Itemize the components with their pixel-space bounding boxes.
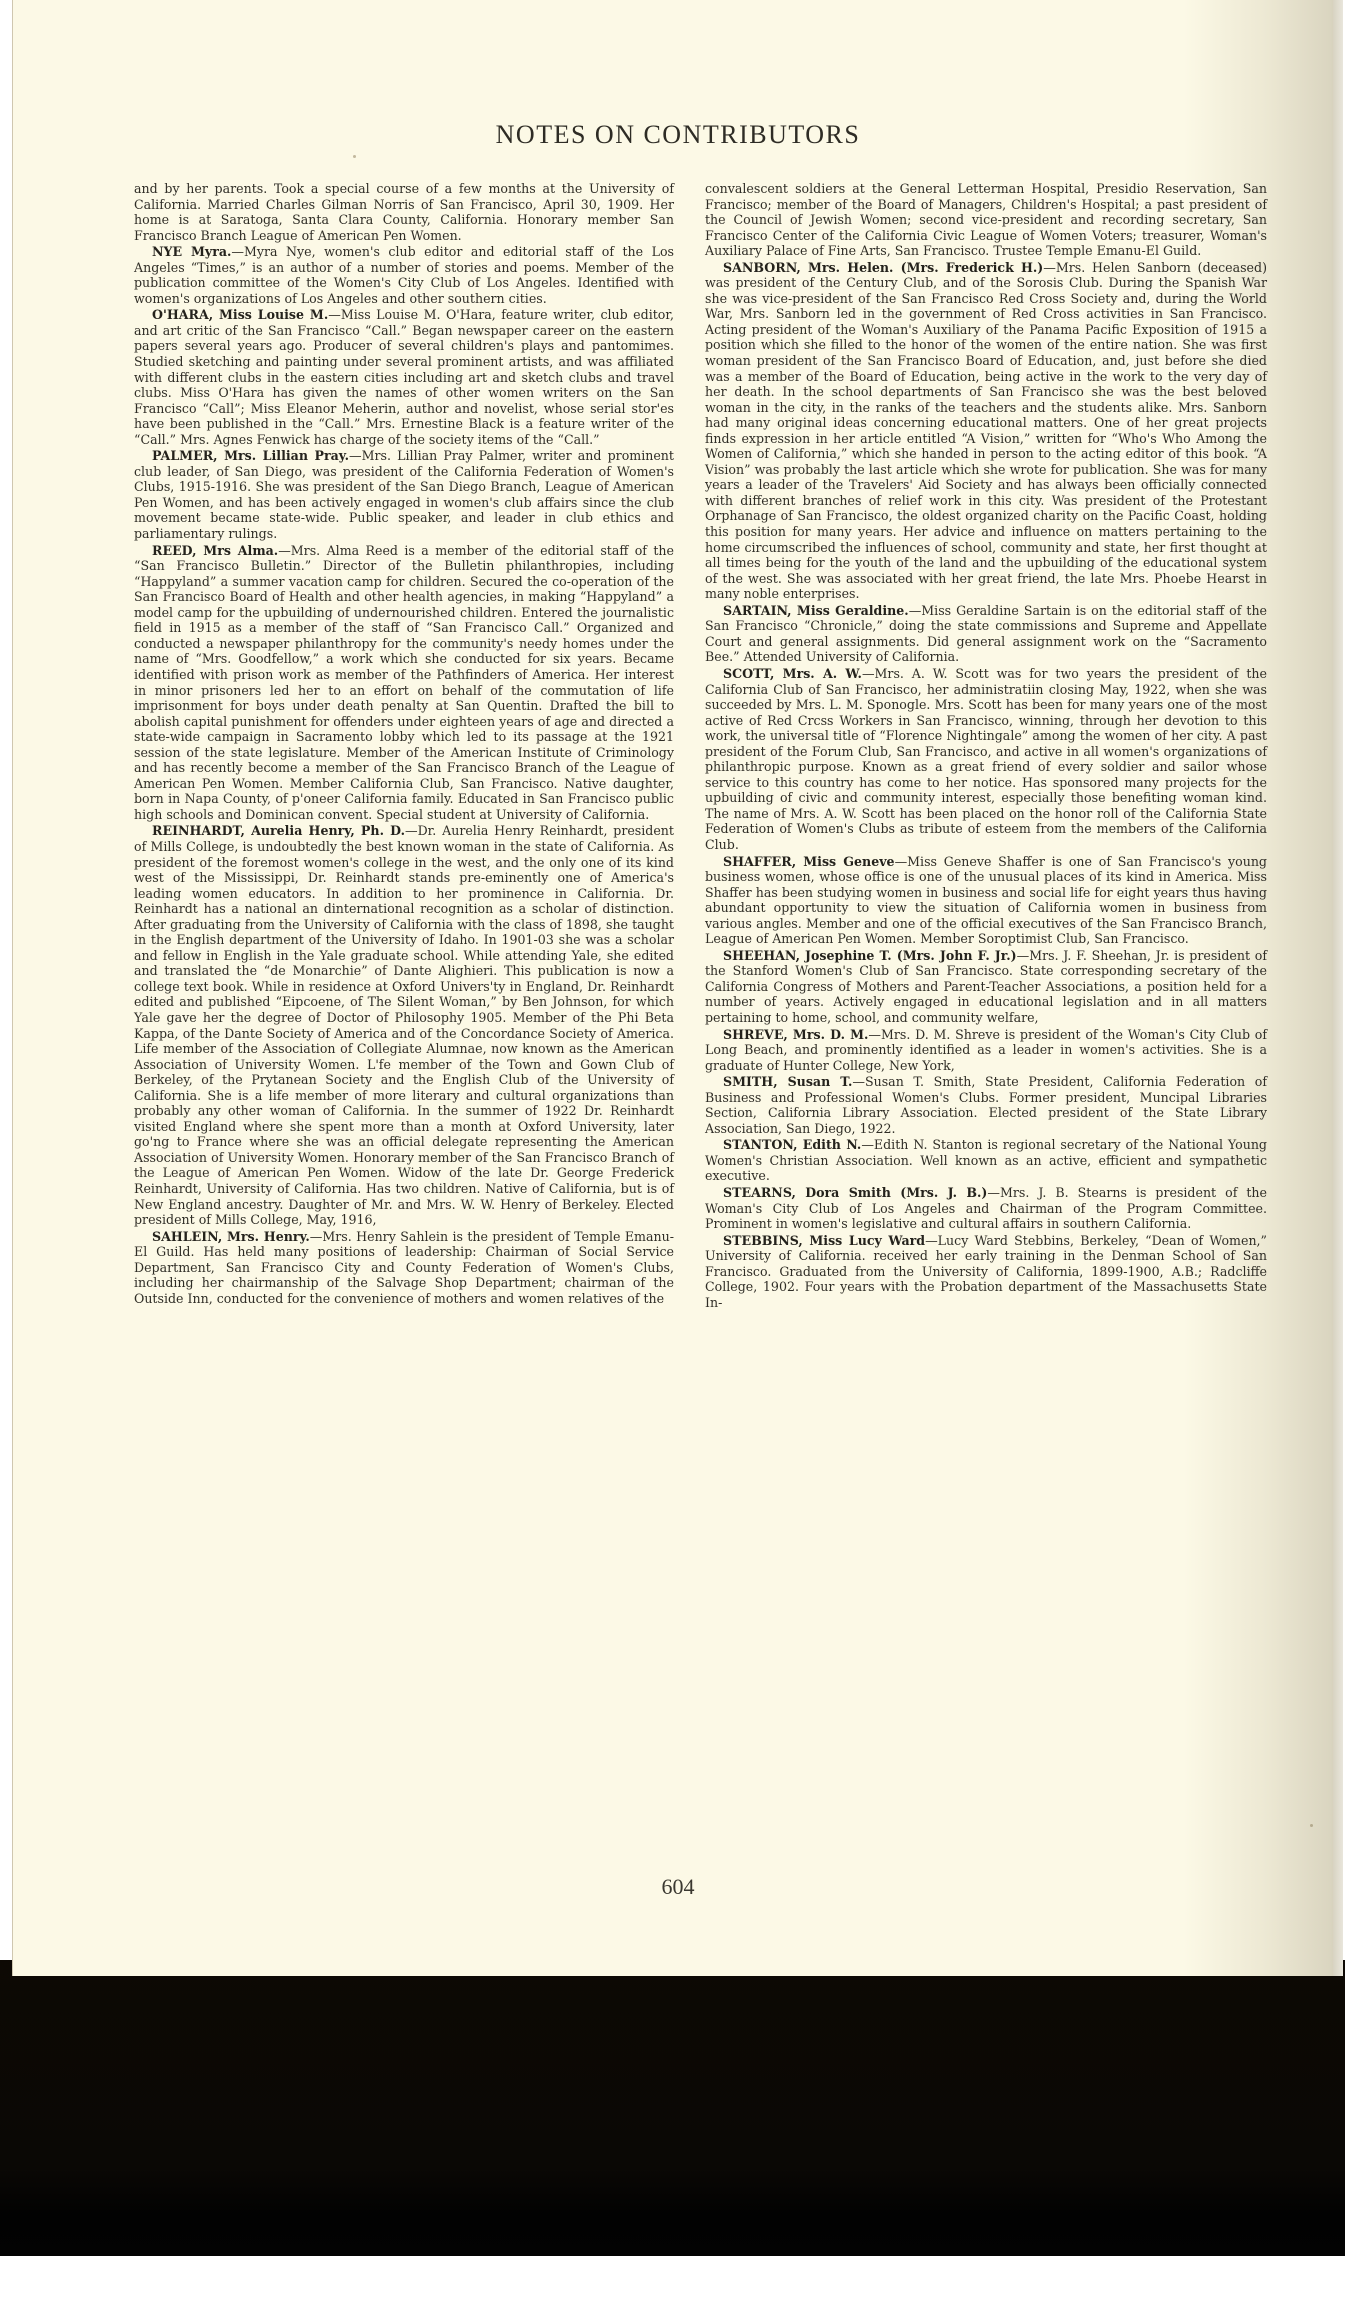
contributor-name: STANTON, Edith N.	[723, 1137, 861, 1152]
contributor-entry: SHREVE, Mrs. D. M.—Mrs. D. M. Shreve is …	[705, 1027, 1267, 1074]
contributor-name: NYE Myra.	[152, 244, 231, 259]
book-page: NOTES ON CONTRIBUTORS and by her parents…	[12, 0, 1343, 1976]
contributor-name: SANBORN, Mrs. Helen. (Mrs. Frederick H.)	[723, 260, 1043, 275]
scanner-background	[0, 1960, 1345, 2256]
contributor-bio: convalescent soldiers at the General Let…	[705, 181, 1267, 258]
contributor-entry: REINHARDT, Aurelia Henry, Ph. D.—Dr. Aur…	[134, 823, 674, 1227]
contributor-entry: PALMER, Mrs. Lillian Pray.—Mrs. Lillian …	[134, 448, 674, 541]
contributor-entry: SARTAIN, Miss Geraldine.—Miss Geraldine …	[705, 603, 1267, 665]
right-column: convalescent soldiers at the General Let…	[705, 181, 1267, 1311]
contributor-bio: —Dr. Aurelia Henry Reinhardt, president …	[134, 823, 674, 1227]
contributor-name: O'HARA, Miss Louise M.	[152, 307, 328, 322]
contributor-bio: —Mrs. Alma Reed is a member of the edito…	[134, 543, 674, 822]
continued-entry: convalescent soldiers at the General Let…	[705, 181, 1267, 259]
contributor-name: SHAFFER, Miss Geneve	[723, 854, 895, 869]
contributor-entry: SMITH, Susan T.—Susan T. Smith, State Pr…	[705, 1074, 1267, 1136]
contributor-name: REINHARDT, Aurelia Henry, Ph. D.	[152, 823, 405, 838]
contributor-entry: SAHLEIN, Mrs. Henry.—Mrs. Henry Sahlein …	[134, 1229, 674, 1307]
contributor-entry: SCOTT, Mrs. A. W.—Mrs. A. W. Scott was f…	[705, 666, 1267, 853]
continued-entry: and by her parents. Took a special cours…	[134, 181, 674, 243]
contributor-name: SMITH, Susan T.	[723, 1074, 852, 1089]
paper-speck	[1310, 1824, 1313, 1827]
contributor-name: SHREVE, Mrs. D. M.	[723, 1027, 868, 1042]
contributor-entry: NYE Myra.—Myra Nye, women's club editor …	[134, 244, 674, 306]
contributor-entry: SANBORN, Mrs. Helen. (Mrs. Frederick H.)…	[705, 260, 1267, 602]
contributor-entry: STEARNS, Dora Smith (Mrs. J. B.)—Mrs. J.…	[705, 1185, 1267, 1232]
contributor-name: SAHLEIN, Mrs. Henry.	[152, 1229, 310, 1244]
running-head: NOTES ON CONTRIBUTORS	[13, 120, 1343, 150]
contributor-name: STEARNS, Dora Smith (Mrs. J. B.)	[723, 1185, 987, 1200]
contributor-name: SCOTT, Mrs. A. W.	[723, 666, 862, 681]
paper-speck	[353, 155, 356, 158]
contributor-entry: SHEEHAN, Josephine T. (Mrs. John F. Jr.)…	[705, 948, 1267, 1026]
contributor-bio: —Miss Louise M. O'Hara, feature writer, …	[134, 307, 674, 446]
contributor-entry: SHAFFER, Miss Geneve—Miss Geneve Shaffer…	[705, 854, 1267, 947]
contributor-name: PALMER, Mrs. Lillian Pray.	[152, 448, 349, 463]
page-number: 604	[13, 1874, 1343, 1900]
contributor-name: REED, Mrs Alma.	[152, 543, 278, 558]
contributor-bio: —Mrs. Helen Sanborn (deceased) was presi…	[705, 260, 1267, 601]
contributor-name: SHEEHAN, Josephine T. (Mrs. John F. Jr.)	[723, 948, 1017, 963]
contributor-entry: REED, Mrs Alma.—Mrs. Alma Reed is a memb…	[134, 543, 674, 823]
contributor-entry: STANTON, Edith N.—Edith N. Stanton is re…	[705, 1137, 1267, 1184]
left-column: and by her parents. Took a special cours…	[134, 181, 674, 1307]
contributor-name: STEBBINS, Miss Lucy Ward	[723, 1233, 925, 1248]
contributor-name: SARTAIN, Miss Geraldine.	[723, 603, 909, 618]
contributor-entry: O'HARA, Miss Louise M.—Miss Louise M. O'…	[134, 307, 674, 447]
contributor-bio: —Mrs. A. W. Scott was for two years the …	[705, 666, 1267, 852]
contributor-entry: STEBBINS, Miss Lucy Ward—Lucy Ward Stebb…	[705, 1233, 1267, 1311]
contributor-bio: and by her parents. Took a special cours…	[134, 181, 674, 243]
